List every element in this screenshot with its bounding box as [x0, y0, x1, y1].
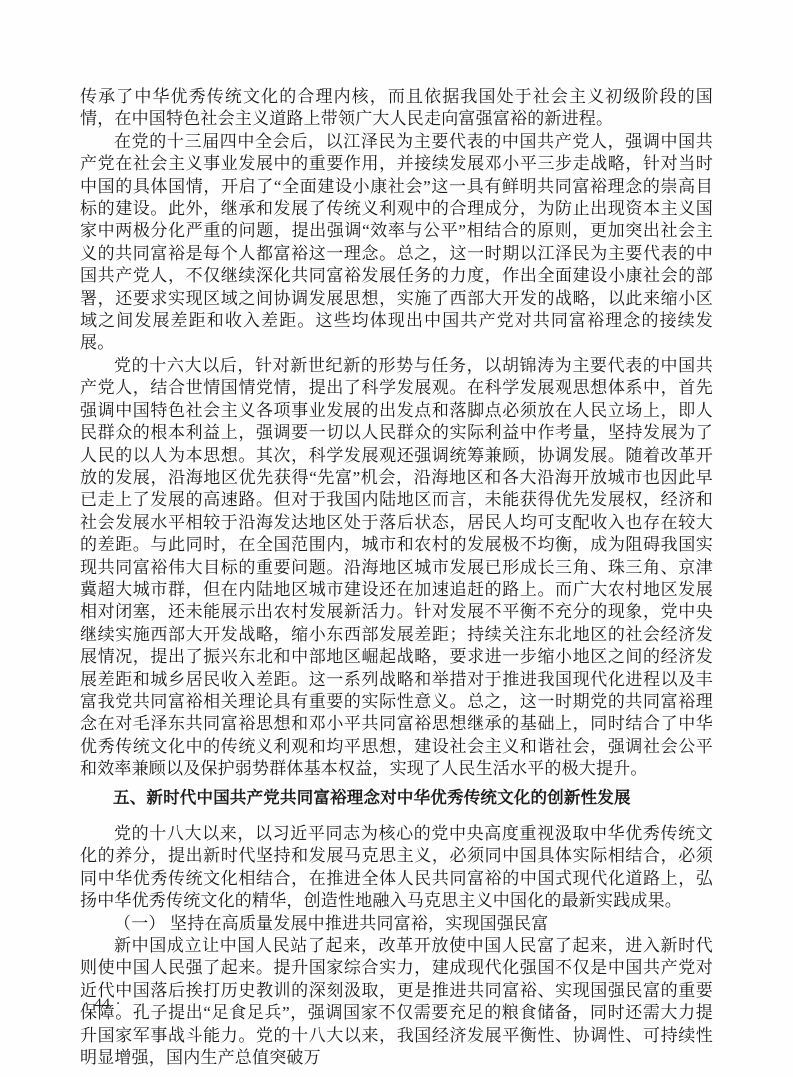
- subsection-heading: （一） 坚持在高质量发展中推进共同富裕，实现国强民富: [80, 913, 713, 935]
- paragraph-high-quality-development: 新中国成立让中国人民站了起来，改革开放使中国人民富了起来，进入新时代则使中国人民…: [80, 935, 713, 1069]
- section-heading: 五、新时代中国共产党共同富裕理念对中华优秀传统文化的创新性发展: [80, 787, 713, 809]
- page-number: · 44 ·: [84, 996, 121, 1012]
- paragraph-continuation: 传承了中华优秀传统文化的合理内核，而且依据我国处于社会主义初级阶段的国情，在中国…: [80, 86, 713, 131]
- paragraph-xijinping-era: 党的十八大以来，以习近平同志为核心的党中央高度重视汲取中华优秀传统文化的养分，提…: [80, 823, 713, 913]
- paragraph-hujintao-era: 党的十六大以后，针对新世纪新的形势与任务，以胡锦涛为主要代表的中国共产党人，结合…: [80, 355, 713, 781]
- page-body: 传承了中华优秀传统文化的合理内核，而且依据我国处于社会主义初级阶段的国情，在中国…: [80, 86, 713, 1069]
- document-page: 传承了中华优秀传统文化的合理内核，而且依据我国处于社会主义初级阶段的国情，在中国…: [0, 0, 793, 1077]
- page-footer: · 44 ·: [84, 996, 121, 1013]
- paragraph-jiangzemin-era: 在党的十三届四中全会后，以江泽民为主要代表的中国共产党人，强调中国共产党在社会主…: [80, 131, 713, 355]
